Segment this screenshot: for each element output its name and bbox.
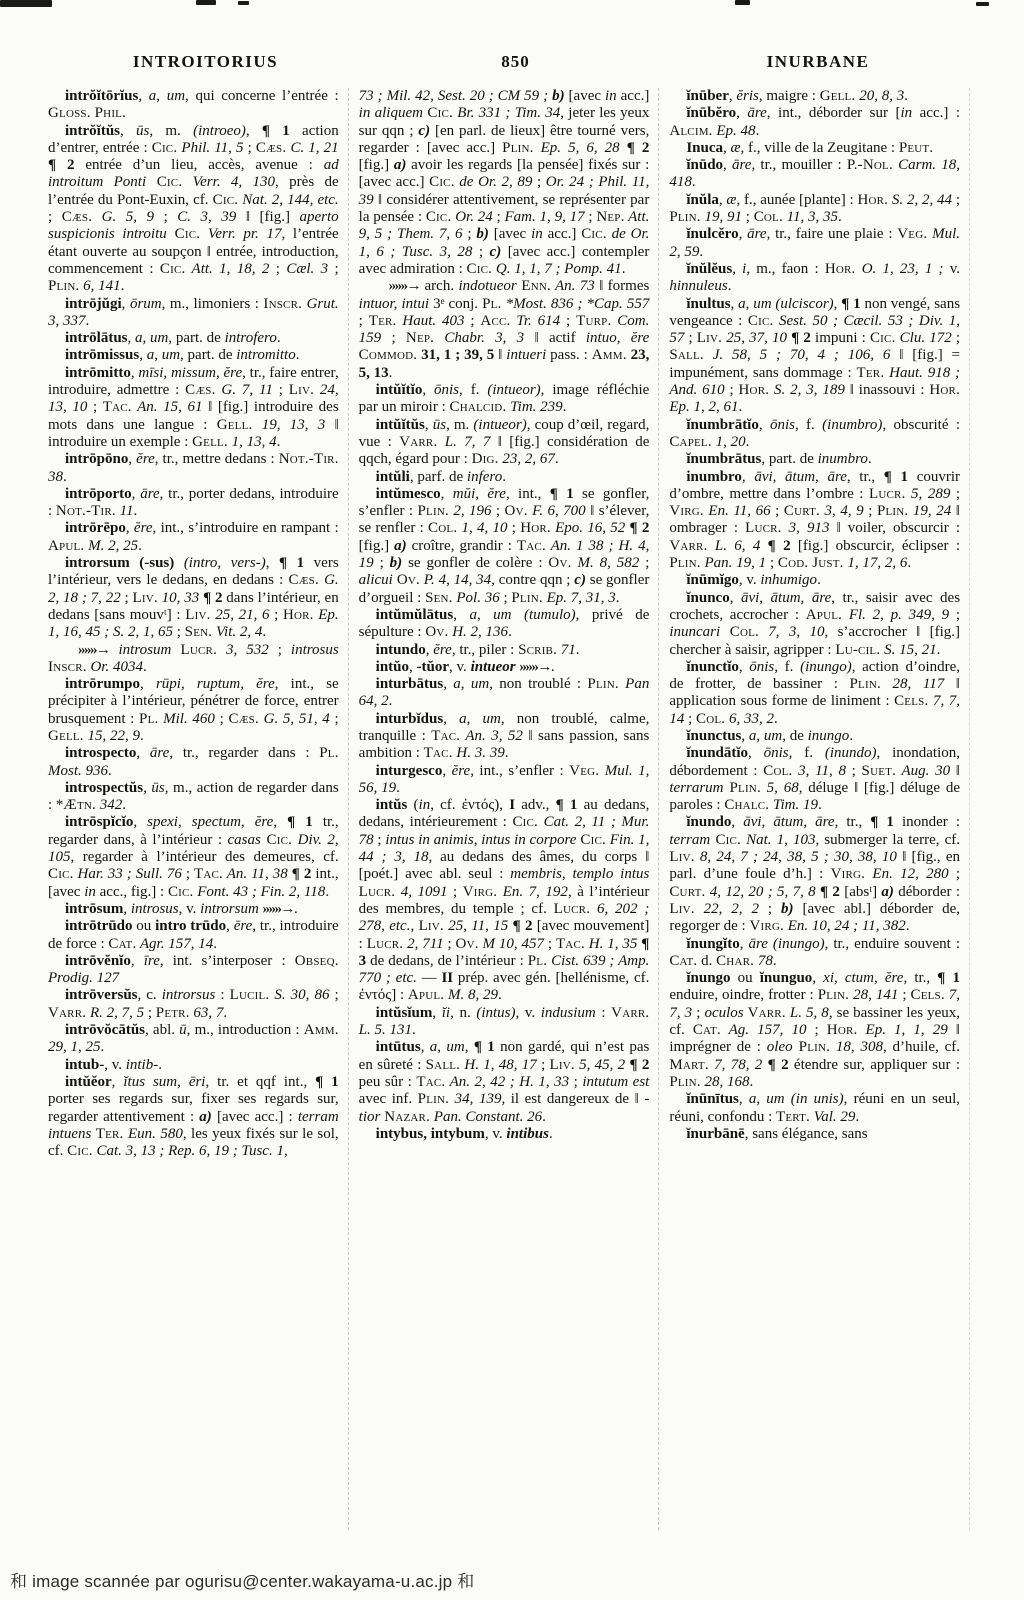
page-number: 850: [363, 52, 668, 72]
text-column-1: intrŏĭtōrĭus, a, um, qui concerne l’entr…: [48, 88, 348, 1530]
dictionary-entry: ĭnŭla, æ, f., aunée [plante] : Hor. S. 2…: [669, 192, 960, 227]
scan-artifact: [196, 0, 216, 5]
dictionary-entry: ĭnunctus, a, um, de inungo.: [669, 728, 960, 745]
text-column-2: 73 ; Mil. 42, Sest. 20 ; CM 59 ; b) [ave…: [348, 88, 659, 1530]
dictionary-entry: intūtus, a, um, ¶ 1 non gardé, qui n’est…: [359, 1039, 650, 1125]
running-head: INTROITORIUS 850 INURBANE: [48, 52, 968, 72]
entry-continuation: 73 ; Mil. 42, Sest. 20 ; CM 59 ; b) [ave…: [359, 88, 650, 278]
dictionary-entry: intrōvŏcātŭs, abl. ū, m., introduction :…: [48, 1022, 339, 1057]
dictionary-entry: ĭnūnītus, a, um (in unis), réuni en un s…: [669, 1091, 960, 1126]
dictionary-entry: intrŏĭtōrĭus, a, um, qui concerne l’entr…: [48, 88, 339, 123]
dictionary-entry: intrōrēpo, ĕre, int., s’introduire en ra…: [48, 520, 339, 555]
running-head-right-word: INURBANE: [668, 52, 968, 72]
dictionary-entry: intŭs (in, cf. ἐντός), I adv., ¶ 1 au de…: [359, 797, 650, 1005]
dictionary-entry: ĭnunco, āvi, ātum, āre, tr., saisir avec…: [669, 590, 960, 659]
dictionary-entry: introspectŭs, ūs, m., action de regarder…: [48, 780, 339, 815]
dictionary-entry: introrsum (-sus) (intro, vers-), ¶ 1 ver…: [48, 555, 339, 641]
dictionary-entry: intub-, v. intib-.: [48, 1057, 339, 1074]
scan-artifact: [735, 0, 750, 5]
dictionary-entry: intundo, ĕre, tr., piler : Scrib. 71.: [359, 642, 650, 659]
entry-remark: »»»→ introsum Lucr. 3, 532 ; introsus In…: [48, 642, 339, 677]
dictionary-entry: intrōmissus, a, um, part. de intromitto.: [48, 347, 339, 364]
dictionary-entry: intŭĭtŭs, ūs, m. (intueor), coup d’œil, …: [359, 417, 650, 469]
dictionary-entry: intrōporto, āre, tr., porter dedans, int…: [48, 486, 339, 521]
dictionary-entry: ĭnumbrātus, part. de inumbro.: [669, 451, 960, 468]
dictionary-entry: ĭnūmĭgo, v. inhumigo.: [669, 572, 960, 589]
scanner-credit-caption: 和 image scannée par ogurisu@center.wakay…: [10, 1567, 474, 1592]
dictionary-entry: intŭmŭlātus, a, um (tumulo), privé de sé…: [359, 607, 650, 642]
dictionary-entry: inturgesco, ĕre, int., s’enfler : Veg. M…: [359, 763, 650, 798]
dictionary-entry: intŭĕor, ĭtus sum, ēri, tr. et qqf int.,…: [48, 1074, 339, 1160]
scan-artifact: [238, 1, 249, 5]
dictionary-entry: ĭnurbānē, sans élégance, sans: [669, 1126, 960, 1143]
scan-artifact: [976, 2, 989, 6]
dictionary-entry: inumbro, āvi, ātum, āre, tr., ¶ 1 couvri…: [669, 469, 960, 573]
dictionary-entry: intŭo, -tŭor, v. intueor »»»→.: [359, 659, 650, 676]
dictionary-entry: intybus, intybum, v. intibus.: [359, 1126, 650, 1143]
dictionary-columns: intrŏĭtōrĭus, a, um, qui concerne l’entr…: [48, 88, 970, 1530]
dictionary-entry: intrōsum, introsus, v. introrsum »»»→.: [48, 901, 339, 918]
dictionary-entry: ĭnunctĭo, ōnis, f. (inungo), action d’oi…: [669, 659, 960, 728]
dictionary-entry: ĭnungo ou ĭnunguo, xi, ctum, ĕre, tr., ¶…: [669, 970, 960, 1091]
dictionary-entry: ĭnūber, ĕris, maigre : Gell. 20, 8, 3.: [669, 88, 960, 105]
dictionary-entry: intŭsĭum, ĭi, n. (intus), v. indusium : …: [359, 1005, 650, 1040]
dictionary-entry: ĭnundo, āvi, ātum, āre, tr., ¶ 1 inonder…: [669, 814, 960, 935]
dictionary-entry: inturbātus, a, um, non troublé : Plin. P…: [359, 676, 650, 711]
dictionary-entry: intŭĭtĭo, ōnis, f. (intueor), image réfl…: [359, 382, 650, 417]
dictionary-entry: inturbĭdus, a, um, non troublé, calme, t…: [359, 711, 650, 763]
dictionary-entry: introspecto, āre, tr., regarder dans : P…: [48, 745, 339, 780]
dictionary-entry: ĭnumbrātĭo, ōnis, f. (inumbro), obscurit…: [669, 417, 960, 452]
running-head-left-word: INTROITORIUS: [48, 52, 363, 72]
scan-artifact: [0, 0, 52, 7]
dictionary-entry: intrōjŭgi, ōrum, m., limoniers : Inscr. …: [48, 296, 339, 331]
dictionary-entry: intrōspĭcĭo, spexi, spectum, ĕre, ¶ 1 tr…: [48, 814, 339, 900]
dictionary-entry: intrōvĕnĭo, īre, int. s’interposer : Obs…: [48, 953, 339, 988]
dictionary-entry: ĭnŭlĕus, i, m., faon : Hor. O. 1, 23, 1 …: [669, 261, 960, 296]
dictionary-entry: ĭnungĭto, āre (inungo), tr., enduire sou…: [669, 936, 960, 971]
dictionary-entry: ĭnulcĕro, āre, tr., faire une plaie : Ve…: [669, 226, 960, 261]
dictionary-entry: intŭli, parf. de infero.: [359, 469, 650, 486]
dictionary-entry: intrōtrūdo ou intro trūdo, ēre, tr., int…: [48, 918, 339, 953]
dictionary-entry: intrōlātus, a, um, part. de introfero.: [48, 330, 339, 347]
scanned-dictionary-page: { "page": { "header": { "left": "INTROIT…: [0, 0, 1024, 1600]
dictionary-entry: intrōmitto, mīsi, missum, ĕre, tr., fair…: [48, 365, 339, 451]
entry-remark: »»»→ arch. indotueor Enn. An. 73 ‖ forme…: [359, 278, 650, 382]
dictionary-entry: intrōpōno, ĕre, tr., mettre dedans : Not…: [48, 451, 339, 486]
text-column-3: ĭnūber, ĕris, maigre : Gell. 20, 8, 3.ĭn…: [658, 88, 970, 1530]
dictionary-entry: ĭnūbĕro, āre, int., déborder sur [in acc…: [669, 105, 960, 140]
dictionary-entry: ĭnultus, a, um (ulciscor), ¶ 1 non vengé…: [669, 296, 960, 417]
dictionary-entry: Inuca, æ, f., ville de la Zeugitane : Pe…: [669, 140, 960, 157]
dictionary-entry: intŭmesco, mŭi, ĕre, int., ¶ 1 se gonfle…: [359, 486, 650, 607]
dictionary-entry: ĭnundātĭo, ōnis, f. (inundo), inondation…: [669, 745, 960, 814]
dictionary-entry: intrōrumpo, rūpi, ruptum, ĕre, int., se …: [48, 676, 339, 745]
dictionary-entry: ĭnūdo, āre, tr., mouiller : P.-Nol. Carm…: [669, 157, 960, 192]
dictionary-entry: intrŏĭtŭs, ūs, m. (introeo), ¶ 1 action …: [48, 123, 339, 296]
dictionary-entry: intrōversŭs, c. introrsus : Lucil. S. 30…: [48, 987, 339, 1022]
